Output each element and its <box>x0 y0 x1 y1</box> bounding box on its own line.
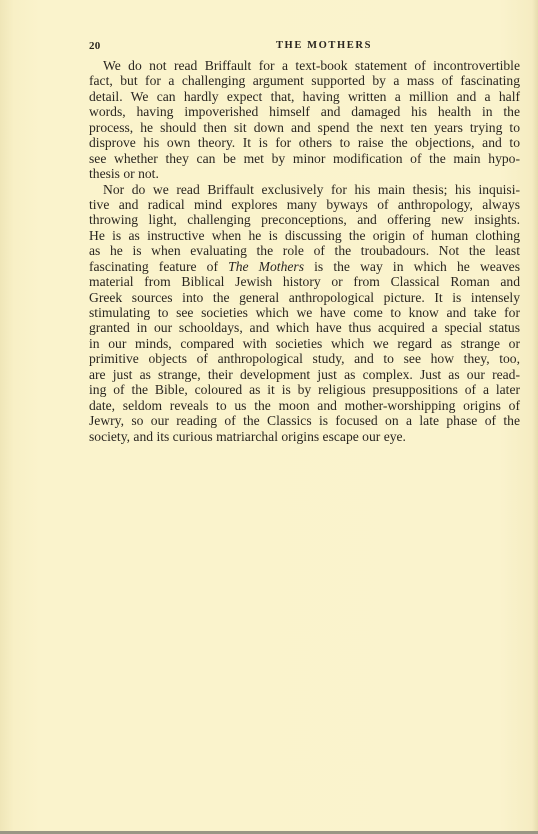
text-line: fact, but for a challenging argument sup… <box>89 73 520 88</box>
text-line: granted in our schooldays, and which hav… <box>89 320 520 335</box>
text-line: material from Biblical Jewish history or… <box>89 274 520 289</box>
text-line: words, having impoverished himself and d… <box>89 104 520 119</box>
text-line: date, seldom reveals to us the moon and … <box>89 398 520 413</box>
text-fragment: is the way in which he weaves <box>304 259 520 274</box>
text-line: He is as instructive when he is discussi… <box>89 228 520 243</box>
text-line: primitive objects of anthropological stu… <box>89 351 520 366</box>
text-line: in our minds, compared with societies wh… <box>89 336 520 351</box>
body-text: We do not read Briffault for a text-book… <box>89 58 520 444</box>
text-line: ing of the Bible, coloured as it is by r… <box>89 382 520 397</box>
text-line: Nor do we read Briffault exclusively for… <box>89 182 520 197</box>
text-fragment: fascinating feature of <box>89 259 228 274</box>
text-line: We do not read Briffault for a text-book… <box>89 58 520 73</box>
book-title-italic: The Mothers <box>228 259 304 274</box>
text-line: stimulating to see societies which we ha… <box>89 305 520 320</box>
book-page: 20 THE MOTHERS We do not read Briffault … <box>0 0 538 834</box>
text-line: tive and radical mind explores many bywa… <box>89 197 520 212</box>
text-line: throwing light, challenging preconceptio… <box>89 212 520 227</box>
text-line: Jewry, so our reading of the Classics is… <box>89 413 520 428</box>
text-line-with-italic-title: fascinating feature of The Mothers is th… <box>89 259 520 274</box>
running-title: THE MOTHERS <box>89 40 519 51</box>
text-line: as he is when evaluating the role of the… <box>89 243 520 258</box>
text-line: detail. We can hardly expect that, havin… <box>89 89 520 104</box>
running-head: 20 THE MOTHERS <box>89 40 519 56</box>
text-line: Greek sources into the general anthropol… <box>89 290 520 305</box>
text-line: society, and its curious matriarchal ori… <box>89 429 520 444</box>
text-line: thesis or not. <box>89 166 520 181</box>
text-line: disprove his own theory. It is for other… <box>89 135 520 150</box>
text-line: are just as strange, their development j… <box>89 367 520 382</box>
text-line: see whether they can be met by minor mod… <box>89 151 520 166</box>
text-line: process, he should then sit down and spe… <box>89 120 520 135</box>
